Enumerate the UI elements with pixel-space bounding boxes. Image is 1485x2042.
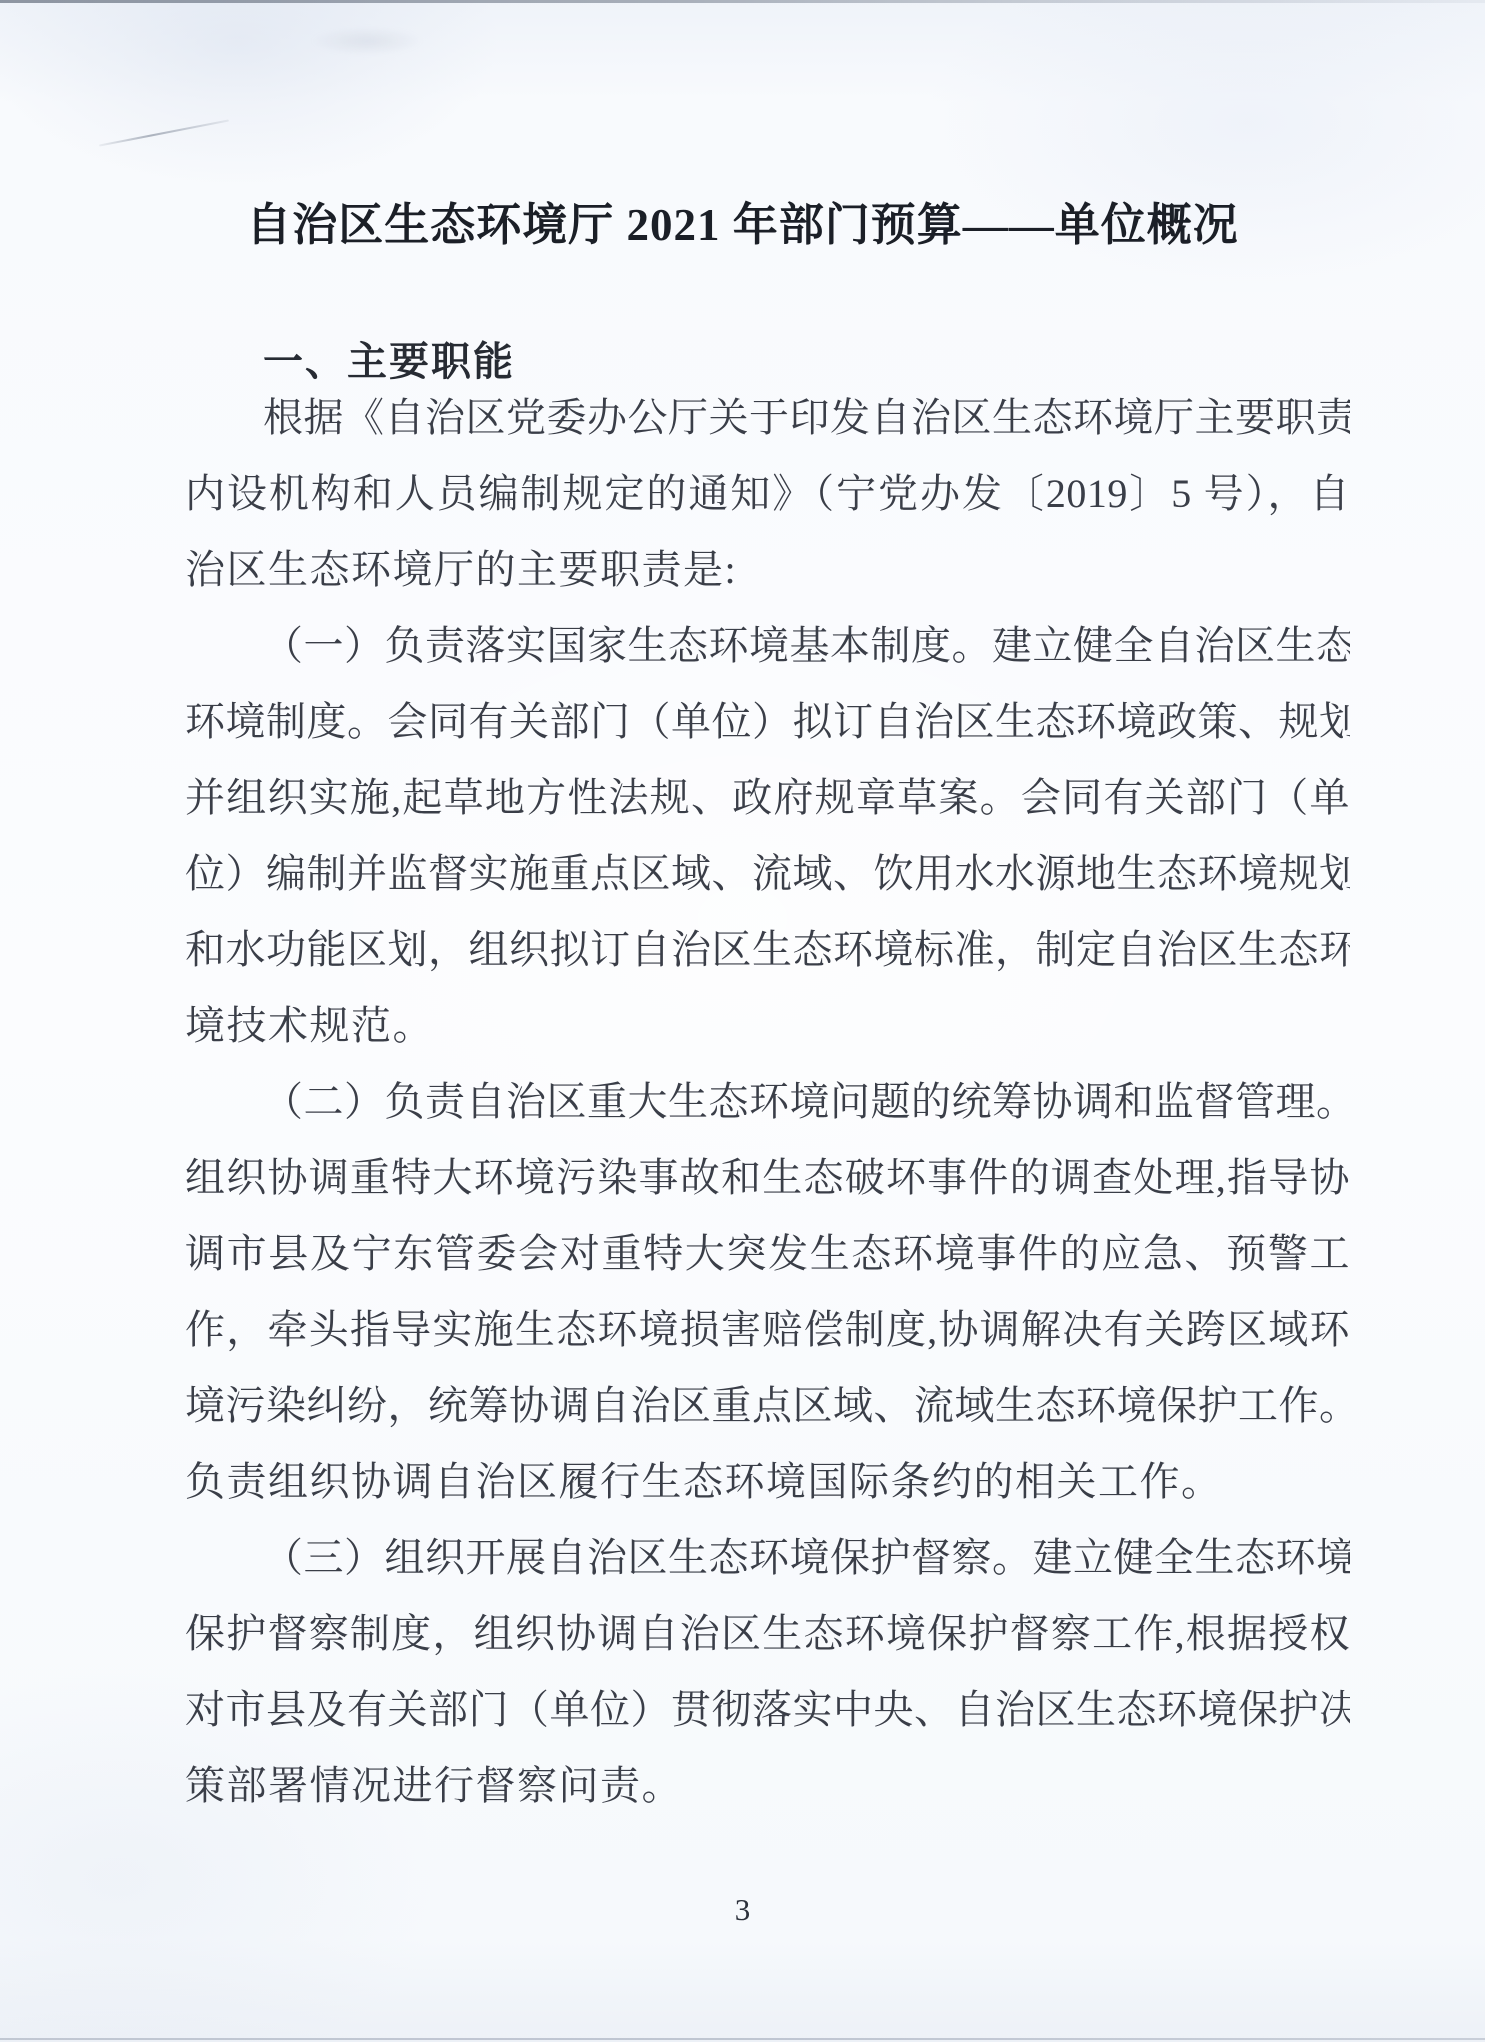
page-number: 3 [0,1892,1485,1928]
text-line: 治区生态环境厅的主要职责是: [185,532,1350,608]
text-line: 对市县及有关部门（单位）贯彻落实中央、自治区生态环境保护决 [185,1672,1350,1748]
document-title: 自治区生态环境厅 2021 年部门预算——单位概况 [0,188,1485,253]
scan-artifact-bottom-edge [0,2038,1485,2040]
text-line: 境污染纠纷，统筹协调自治区重点区域、流域生态环境保护工作。 [185,1368,1350,1444]
text-line: 作，牵头指导实施生态环境损害赔偿制度,协调解决有关跨区域环 [185,1292,1350,1368]
text-line: （一）负责落实国家生态环境基本制度。建立健全自治区生态 [185,608,1350,684]
text-line: （二）负责自治区重大生态环境问题的统筹协调和监督管理。 [185,1064,1350,1140]
text-line: 调市县及宁东管委会对重特大突发生态环境事件的应急、预警工 [185,1216,1350,1292]
document-body: 根据《自治区党委办公厅关于印发自治区生态环境厅主要职责内设机构和人员编制规定的通… [185,380,1350,1824]
scan-artifact-smudge [292,22,442,60]
scan-artifact-scratch [99,119,229,146]
text-line: 境技术规范。 [185,988,1350,1064]
text-line: 组织协调重特大环境污染事故和生态破坏事件的调查处理,指导协 [185,1140,1350,1216]
section-heading: 一、主要职能 [263,330,515,387]
scanned-document-page: 自治区生态环境厅 2021 年部门预算——单位概况 一、主要职能 根据《自治区党… [0,0,1485,2042]
text-line: 内设机构和人员编制规定的通知》（宁党办发〔2019〕5 号），自 [185,456,1350,532]
text-line: 位）编制并监督实施重点区域、流域、饮用水水源地生态环境规划 [185,836,1350,912]
text-line: 和水功能区划，组织拟订自治区生态环境标准，制定自治区生态环 [185,912,1350,988]
text-line: 环境制度。会同有关部门（单位）拟订自治区生态环境政策、规划 [185,684,1350,760]
scan-artifact-top-edge [0,0,1485,3]
text-line: 并组织实施,起草地方性法规、政府规章草案。会同有关部门（单 [185,760,1350,836]
text-line: 策部署情况进行督察问责。 [185,1748,1350,1824]
text-line: 保护督察制度，组织协调自治区生态环境保护督察工作,根据授权 [185,1596,1350,1672]
text-line: 根据《自治区党委办公厅关于印发自治区生态环境厅主要职责 [185,380,1350,456]
text-line: 负责组织协调自治区履行生态环境国际条约的相关工作。 [185,1444,1350,1520]
text-line: （三）组织开展自治区生态环境保护督察。建立健全生态环境 [185,1520,1350,1596]
